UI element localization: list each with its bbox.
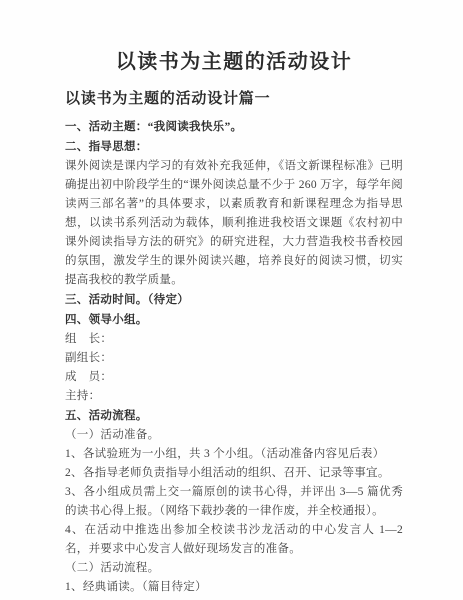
document-title: 以读书为主题的活动设计	[65, 48, 403, 76]
section-heading: 四、领导小组。	[65, 310, 403, 330]
document-line: （二）活动流程。	[65, 559, 403, 578]
section-heading: 五、活动流程。	[65, 406, 403, 426]
section-heading: 三、活动时间。（待定）	[65, 290, 403, 310]
document-line: 组 长：	[65, 330, 403, 349]
document-line: 3、各小组成员需上交一篇原创的读书心得，并评出 3—5 篇优秀的读书心得上报。（…	[65, 483, 403, 521]
document-line: 1、各试验班为一小组，共 3 个小组。（活动准备内容见后表）	[65, 445, 403, 464]
document-line: 课外阅读是课内学习的有效补充我延伸，《语文新课程标准》已明确提出初中阶段学生的“…	[65, 157, 403, 290]
document-line: 主持：	[65, 387, 403, 406]
section-heading: 一、活动主题：“我阅读我快乐”。	[65, 117, 403, 137]
document-line: 2、各指导老师负责指导小组活动的组织、召开、记录等事宜。	[65, 464, 403, 483]
document-line: 副组长：	[65, 349, 403, 368]
document-line: 4、在活动中推选出参加全校读书沙龙活动的中心发言人 1—2 名，并要求中心发言人…	[65, 521, 403, 559]
document-line: 1、经典诵读。（篇目待定）	[65, 578, 403, 597]
document-line: 成 员：	[65, 368, 403, 387]
document-body: 一、活动主题：“我阅读我快乐”。二、指导思想：课外阅读是课内学习的有效补充我延伸…	[65, 117, 403, 597]
section-heading: 二、指导思想：	[65, 137, 403, 157]
document-subtitle: 以读书为主题的活动设计篇一	[65, 88, 403, 110]
document-line: （一）活动准备。	[65, 426, 403, 445]
document-page: 以读书为主题的活动设计 以读书为主题的活动设计篇一 一、活动主题：“我阅读我快乐…	[0, 0, 463, 600]
